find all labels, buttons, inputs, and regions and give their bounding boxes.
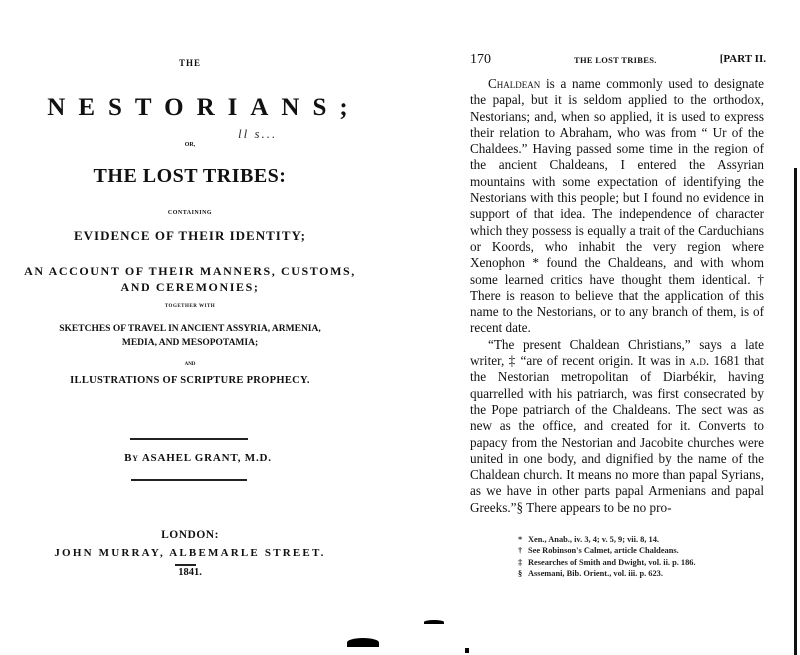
footnote-text: Assemani, Bib. Orient., vol. iii. p. 623… — [528, 569, 663, 578]
lead-smallcaps: Chaldean — [488, 76, 540, 91]
footnote: ‡Researches of Smith and Dwight, vol. ii… — [518, 557, 758, 568]
body-text: Chaldean is a name commonly used to desi… — [470, 76, 764, 516]
account-line-2: AND CEREMONIES; — [0, 279, 380, 295]
evidence-line: EVIDENCE OF THEIR IDENTITY; — [0, 228, 380, 244]
rule-below-author — [131, 479, 247, 481]
footnote-mark: § — [518, 568, 528, 579]
paragraph-1: Chaldean is a name commonly used to desi… — [470, 76, 764, 337]
author-line: BY ASAHEL GRANT, M.D. — [8, 452, 388, 464]
footnotes: *Xen., Anab., iv. 3, 4; v. 5, 9; vii. 8,… — [518, 534, 758, 579]
footnote-mark: * — [518, 534, 528, 545]
paragraph-2-text-after: 1681 that the Nestorian metropolitan of … — [470, 353, 764, 515]
author-name: ASAHEL GRANT, M.D. — [139, 452, 272, 464]
imprint-publisher: JOHN MURRAY, ALBEMARLE STREET. — [0, 547, 380, 559]
containing-label: CONTAINING — [0, 210, 380, 216]
together-with-label: TOGETHER WITH — [0, 304, 380, 309]
account-block: AN ACCOUNT OF THEIR MANNERS, CUSTOMS, AN… — [0, 263, 380, 295]
account-line-1: AN ACCOUNT OF THEIR MANNERS, CUSTOMS, — [0, 263, 380, 279]
page-number: 170 — [470, 52, 491, 68]
sketches-block: SKETCHES OF TRAVEL IN ANCIENT ASSYRIA, A… — [0, 322, 380, 350]
title-article: THE — [0, 58, 380, 68]
scan-page-edge — [794, 168, 797, 655]
footnote-text: Researches of Smith and Dwight, vol. ii.… — [528, 558, 696, 567]
imprint-city: LONDON: — [0, 529, 380, 541]
sketches-line-2: MEDIA, AND MESOPOTAMIA; — [0, 336, 380, 350]
footnote: *Xen., Anab., iv. 3, 4; v. 5, 9; vii. 8,… — [518, 534, 758, 545]
footnote-mark: ‡ — [518, 557, 528, 568]
paragraph-2: “The present Chaldean Christians,” says … — [470, 337, 764, 516]
footnote: §Assemani, Bib. Orient., vol. iii. p. 62… — [518, 568, 758, 579]
paragraph-2-smallcaps: a.d. — [690, 353, 710, 368]
footnote-mark: † — [518, 545, 528, 556]
title-page: THE NESTORIANS; ll s... OR, THE LOST TRI… — [0, 0, 420, 655]
footnote-text: Xen., Anab., iv. 3, 4; v. 5, 9; vii. 8, … — [528, 535, 659, 544]
sketches-line-1: SKETCHES OF TRAVEL IN ANCIENT ASSYRIA, A… — [0, 322, 380, 336]
main-title: NESTORIANS; — [0, 94, 394, 122]
scan-artifact — [347, 638, 379, 647]
scan-artifact — [424, 620, 444, 624]
subtitle: THE LOST TRIBES: — [0, 165, 380, 188]
rule-above-author — [130, 438, 248, 440]
footnote-text: See Robinson's Calmet, article Chaldeans… — [528, 546, 679, 555]
running-head: 170 THE LOST TRIBES. [PART II. — [470, 52, 764, 68]
and-label: AND — [0, 362, 380, 367]
illustrations-line: ILLUSTRATIONS OF SCRIPTURE PROPHECY. — [0, 375, 380, 386]
footnote: †See Robinson's Calmet, article Chaldean… — [518, 545, 758, 556]
imprint-year: 1841. — [0, 567, 380, 578]
running-head-title: THE LOST TRIBES. — [574, 55, 657, 65]
rule-above-year — [175, 564, 196, 566]
paragraph-1-text: is a name commonly used to designate the… — [470, 76, 764, 335]
running-head-part: [PART II. — [720, 53, 766, 65]
scan-artifact — [465, 648, 469, 653]
handwritten-mark: ll s... — [238, 126, 277, 142]
author-by-y: Y — [132, 454, 139, 463]
text-page: 170 THE LOST TRIBES. [PART II. Chaldean … — [440, 0, 800, 655]
title-or: OR, — [0, 142, 380, 148]
